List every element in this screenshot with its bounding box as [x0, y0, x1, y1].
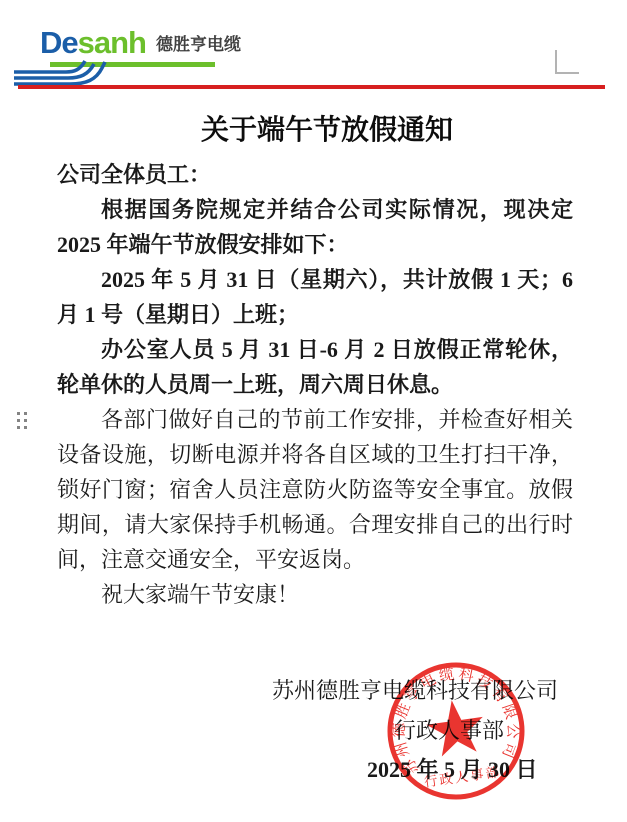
notice-body: 公司全体员工： 根据国务院规定并结合公司实际情况，现决定 2025 年端午节放假… — [57, 157, 573, 612]
seal-star-icon — [423, 696, 487, 758]
notice-document-page: Desanh 德胜亨电缆 关于端午节放假通知 公司全体员工： 根据国务院规定并结… — [0, 0, 627, 822]
salutation-line: 公司全体员工： — [57, 157, 573, 192]
notice-title: 关于端午节放假通知 — [57, 108, 597, 148]
company-seal-stamp: 苏州德胜亨电缆科技有限公司 行政人事部 — [385, 659, 527, 803]
brand-wordmark-green: sanh — [78, 25, 146, 60]
paragraph-drag-handle-icon[interactable] — [17, 412, 27, 429]
wish-line: 祝大家端午节安康！ — [57, 577, 573, 612]
intro-paragraph: 根据国务院规定并结合公司实际情况，现决定 2025 年端午节放假安排如下： — [57, 192, 573, 262]
page-corner-mark — [555, 50, 579, 74]
brand-wordmark: Desanh — [40, 27, 146, 58]
logo-swoosh-icon — [14, 56, 114, 86]
company-logo: Desanh 德胜亨电缆 — [40, 27, 241, 58]
header-divider-rule — [18, 85, 605, 89]
office-staff-paragraph: 办公室人员 5 月 31 日-6 月 2 日放假正常轮休，轮单休的人员周一上班，… — [57, 332, 573, 402]
brand-wordmark-blue: De — [40, 25, 78, 60]
brand-chinese-name: 德胜亨电缆 — [156, 30, 241, 58]
holiday-arrangement-paragraph: 2025 年 5 月 31 日（星期六），共计放假 1 天；6 月 1 号（星期… — [57, 262, 573, 332]
safety-notes-paragraph: 各部门做好自己的节前工作安排，并检查好相关设备设施，切断电源并将各自区域的卫生打… — [57, 402, 573, 577]
